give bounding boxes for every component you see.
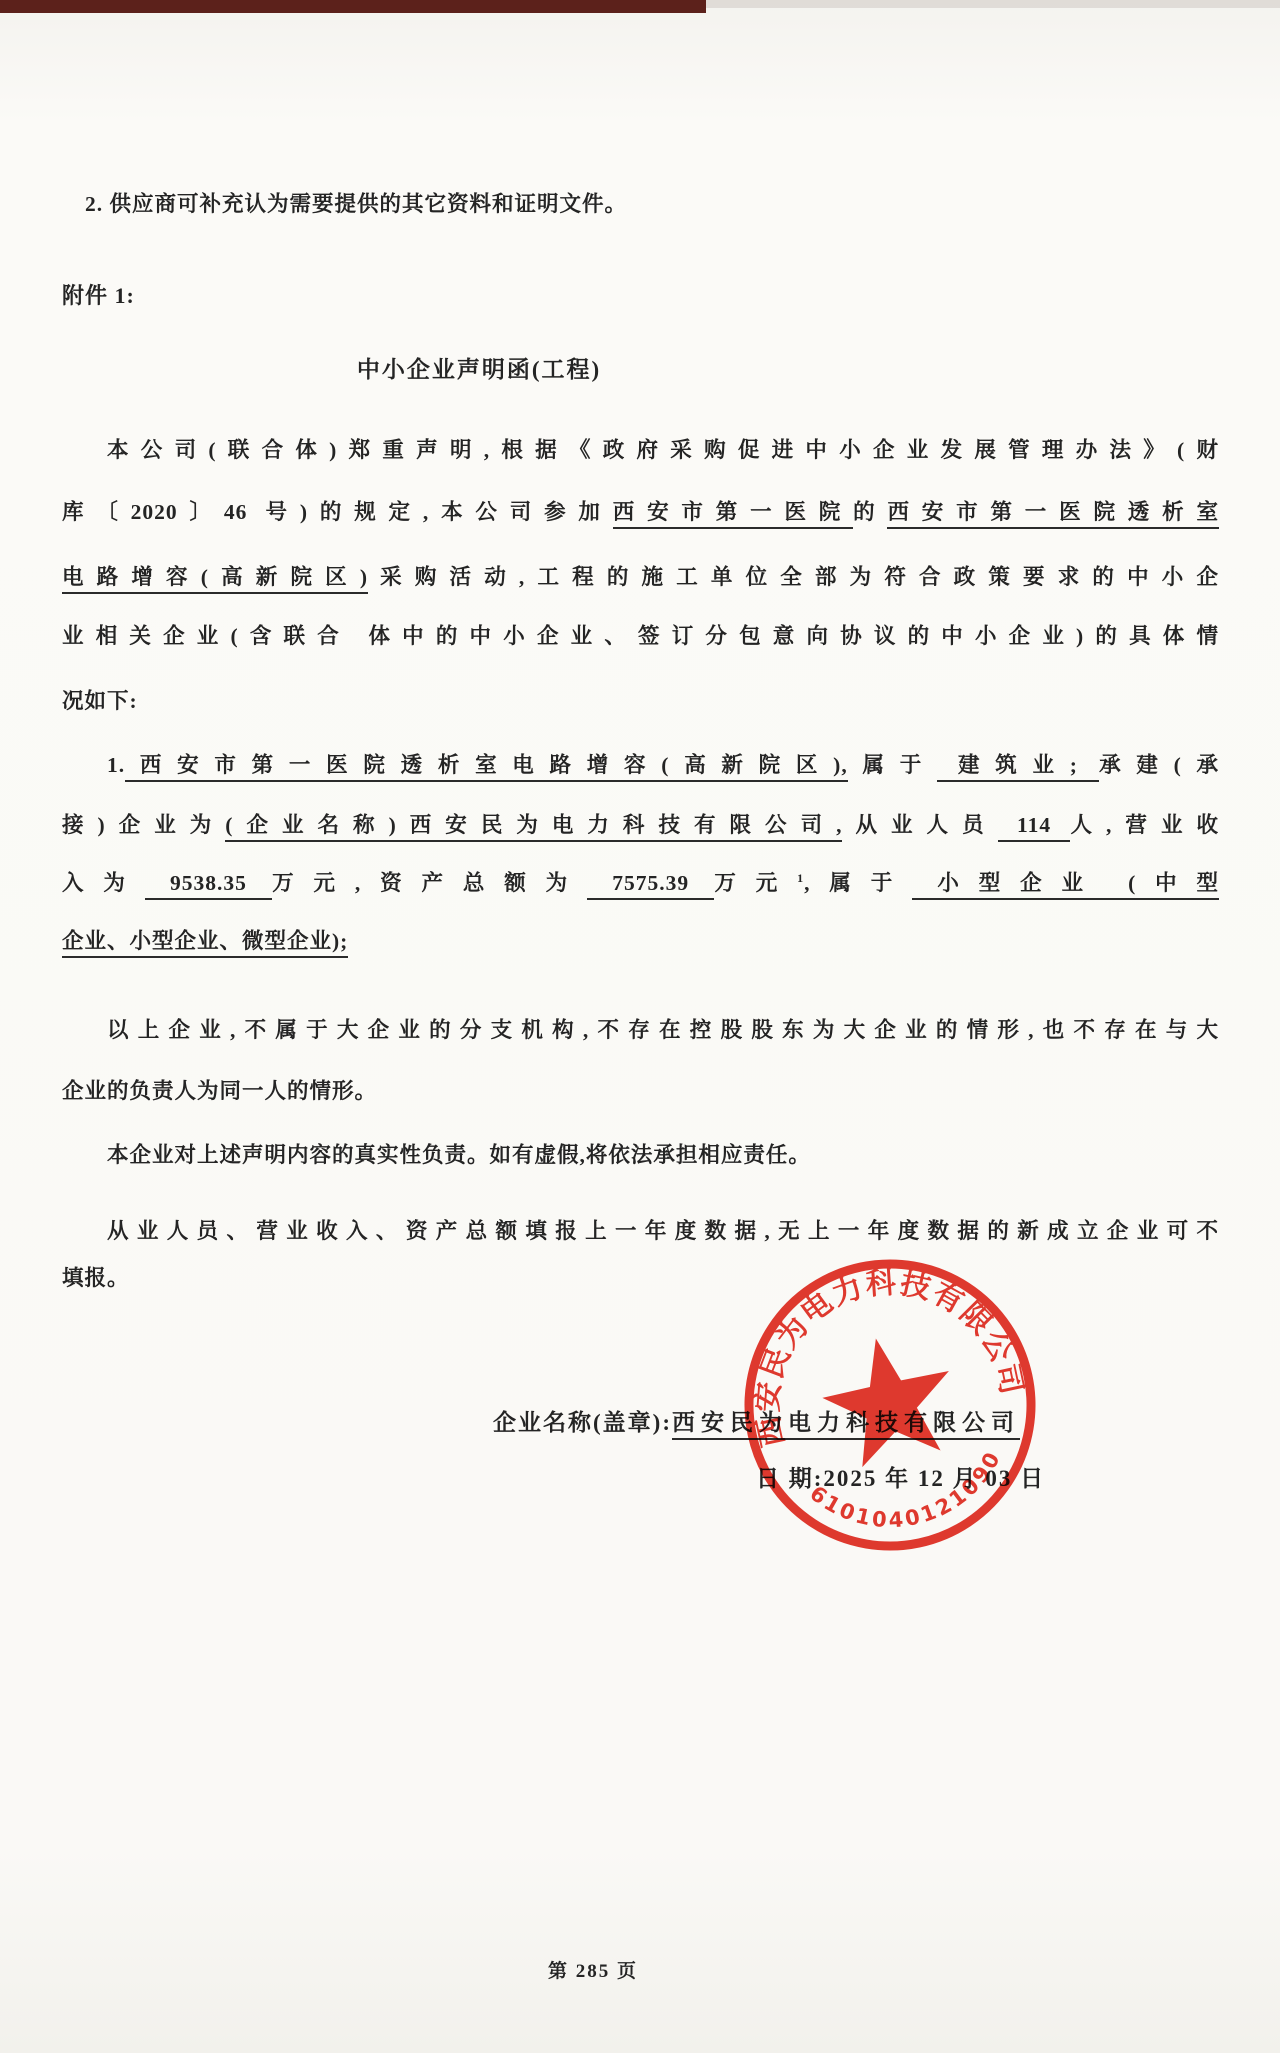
filled-blank: 建筑业; bbox=[937, 753, 1099, 782]
filled-blank: 小型企业 (中型 bbox=[912, 871, 1219, 900]
text-run: 万元 bbox=[714, 871, 797, 895]
body-line: 库〔2020〕46 号)的规定,本公司参加西安市第一医院的西安市第一医院透析室 bbox=[62, 496, 1219, 528]
body-line: 填报。 bbox=[62, 1262, 1219, 1294]
supplier-note-line: 2. 供应商可补充认为需要提供的其它资料和证明文件。 bbox=[85, 188, 1242, 220]
filled-blank: 西安市第一医院 bbox=[613, 500, 853, 529]
text-run: 企业的负责人为同一人的情形。 bbox=[62, 1079, 377, 1103]
doc-title: 中小企业声明函(工程) bbox=[0, 351, 958, 384]
filled-blank: 7575.39 bbox=[587, 871, 714, 900]
text-run: 人,营业收 bbox=[1070, 813, 1218, 837]
scan-top-edge-shadow bbox=[706, 0, 1280, 8]
filled-blank: 西安市第一医院透析室电路增容(高新院区), bbox=[125, 753, 848, 782]
body-line: 电路增容(高新院区)采购活动,工程的施工单位全部为符合政策要求的中小企 bbox=[62, 561, 1219, 593]
text-run: 入为 bbox=[62, 871, 145, 895]
body-line: 业相关企业(含联合 体中的中小企业、签订分包意向协议的中小企业)的具体情 bbox=[62, 620, 1219, 652]
body-line: 本公司(联合体)郑重声明,根据《政府采购促进中小企业发展管理办法》(财 bbox=[62, 434, 1219, 466]
text-run: 1. bbox=[107, 753, 125, 777]
body-line: 本企业对上述声明内容的真实性负责。如有虚假,将依法承担相应责任。 bbox=[62, 1139, 1219, 1171]
seal-star-icon bbox=[813, 1325, 965, 1472]
body-line: 入为 9538.35 万元,资产总额为 7575.39 万元1,属于 小型企业 … bbox=[62, 867, 1219, 899]
text-run: 属于 bbox=[848, 753, 937, 777]
filled-blank: 电路增容(高新院区) bbox=[62, 565, 368, 594]
text-run: 的 bbox=[853, 500, 887, 524]
document-page: 2. 供应商可补充认为需要提供的其它资料和证明文件。 附件 1: 中小企业声明函… bbox=[0, 0, 1280, 2053]
body-line: 从业人员、营业收入、资产总额填报上一年度数据,无上一年度数据的新成立企业可不 bbox=[62, 1215, 1219, 1247]
text-run: 承建(承 bbox=[1099, 753, 1219, 777]
company-name-label: 企业名称(盖章): bbox=[493, 1410, 672, 1435]
text-run: 况如下: bbox=[62, 689, 138, 713]
text-run: 接)企业为 bbox=[62, 813, 225, 837]
text-run: ,属于 bbox=[804, 871, 912, 895]
company-seal-stamp: 西安民为电力科技有限公司 6101040121090 bbox=[700, 1215, 1080, 1595]
page-number: 第 285 页 bbox=[0, 1956, 1186, 1983]
body-line: 企业的负责人为同一人的情形。 bbox=[62, 1075, 1219, 1107]
filled-blank: 企业、小型企业、微型企业); bbox=[62, 929, 348, 958]
body-line: 1.西安市第一医院透析室电路增容(高新院区),属于 建筑业; 承建(承 bbox=[62, 749, 1219, 781]
text-run: 填报。 bbox=[62, 1266, 130, 1290]
text-run: 万元,资产总额为 bbox=[272, 871, 587, 895]
scan-top-edge-strip bbox=[0, 0, 706, 13]
body-line: 况如下: bbox=[62, 685, 1219, 717]
filled-blank: (企业名称)西安民为电力科技有限公司, bbox=[225, 813, 842, 842]
text-run: 业相关企业(含联合 体中的中小企业、签订分包意向协议的中小企业)的具体情 bbox=[62, 624, 1219, 648]
body-line: 以上企业,不属于大企业的分支机构,不存在控股股东为大企业的情形,也不存在与大 bbox=[62, 1014, 1219, 1046]
text-run: 采购活动,工程的施工单位全部为符合政策要求的中小企 bbox=[368, 565, 1219, 589]
text-run: 以上企业,不属于大企业的分支机构,不存在控股股东为大企业的情形,也不存在与大 bbox=[107, 1018, 1219, 1042]
text-run: 本企业对上述声明内容的真实性负责。如有虚假,将依法承担相应责任。 bbox=[107, 1143, 811, 1167]
filled-blank: 9538.35 bbox=[145, 871, 272, 900]
text-run: 从业人员、营业收入、资产总额填报上一年度数据,无上一年度数据的新成立企业可不 bbox=[107, 1219, 1219, 1243]
text-run: 本公司(联合体)郑重声明,根据《政府采购促进中小企业发展管理办法》(财 bbox=[107, 438, 1219, 462]
attachment-label: 附件 1: bbox=[62, 280, 1219, 312]
filled-blank: 西安市第一医院透析室 bbox=[887, 500, 1219, 529]
text-run: 从业人员 bbox=[842, 813, 997, 837]
filled-blank: 114 bbox=[998, 813, 1071, 842]
body-line: 接)企业为(企业名称)西安民为电力科技有限公司,从业人员 114 人,营业收 bbox=[62, 809, 1219, 841]
body-line: 企业、小型企业、微型企业); bbox=[62, 925, 1219, 957]
text-run: 库〔2020〕46 号)的规定,本公司参加 bbox=[62, 500, 613, 524]
